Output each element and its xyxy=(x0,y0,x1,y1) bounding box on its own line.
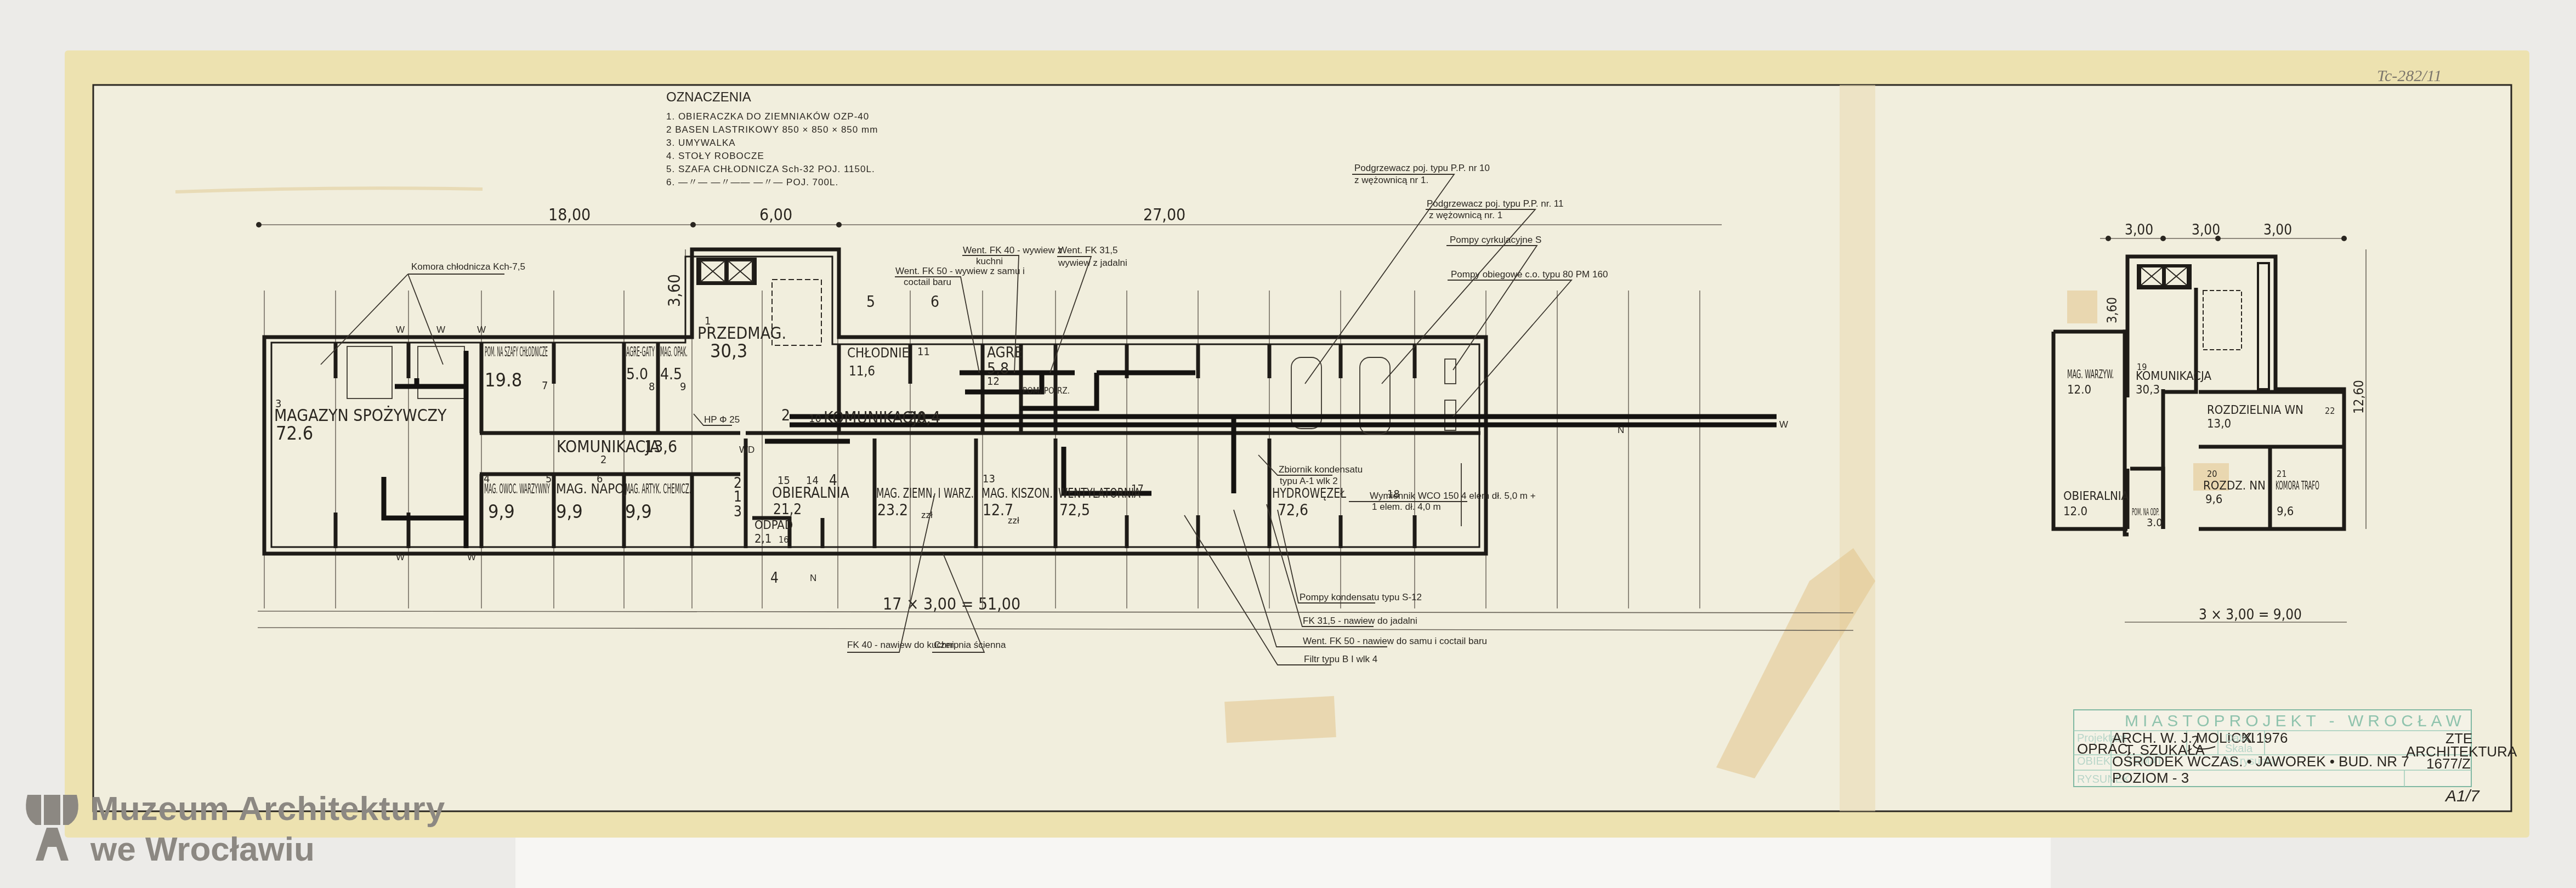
room-name: OBIERALNIA xyxy=(2063,489,2129,503)
annotation-fk50-out: Went. FK 50 - wywiew z samu i xyxy=(895,266,1025,276)
room-name: ODPAD xyxy=(754,519,793,532)
annotation-fk50-in: Went. FK 50 - nawiew do samu i coctail b… xyxy=(1303,636,1487,646)
marker-2: 2 xyxy=(781,406,790,424)
room-number: 9 xyxy=(680,380,686,393)
marker-5: 5 xyxy=(866,293,875,311)
legend-item: 1. OBIERACZKA DO ZIEMNIAKÓW OZP-40 xyxy=(666,111,869,122)
title-block-office: MIASTOPROJEKT - WROCŁAW xyxy=(2125,712,2466,730)
room-area: 20,4 xyxy=(907,408,940,428)
room-area: 9,9 xyxy=(625,501,652,523)
room-name: KOMORA TRAFO xyxy=(2276,479,2319,493)
room-number: 13 xyxy=(983,472,995,485)
annex-dim-top-3: 3,00 xyxy=(2263,222,2292,238)
room-area: 5.0 xyxy=(626,365,648,383)
annex-dim-right: 12,60 xyxy=(2351,380,2367,414)
room-name: MAG. ARTYK. CHEMICZ. xyxy=(625,481,691,497)
room-number: 10 xyxy=(809,412,821,425)
room-name: POM. NA SZAFY CHŁODNICZE xyxy=(485,344,548,360)
room-number: 8 xyxy=(649,380,655,393)
annotation-fk315-in: FK 31,5 - nawiew do jadalni xyxy=(1303,616,1417,626)
room-area: 9,6 xyxy=(2205,493,2222,506)
room-area: 12.0 xyxy=(2063,505,2087,519)
marker-w: W xyxy=(396,552,405,562)
room-name: POM. PO-RZ. xyxy=(1023,386,1070,396)
annotation-zzl: zzł xyxy=(1008,515,1019,526)
room-number: 21 xyxy=(2277,469,2286,479)
room-name: HYDROWĘZEŁ xyxy=(1272,485,1346,501)
marker-w: W xyxy=(477,325,486,335)
annotation-fk315-out: wywiew z jadalni xyxy=(1058,258,1127,268)
room-name: AGRE xyxy=(987,345,1023,361)
marker-w: W xyxy=(396,325,405,335)
room-area: 13,6 xyxy=(644,437,677,457)
room-name: MAG. KISZON. xyxy=(981,485,1053,501)
room-area: 3.0 xyxy=(2147,516,2163,529)
room-number: 12 xyxy=(987,374,1000,388)
legend-title: OZNACZENIA xyxy=(666,90,751,105)
project-number: 1677/Z xyxy=(2426,755,2471,772)
dim-top-1: 18,00 xyxy=(548,206,591,225)
room-area: 9,6 xyxy=(2277,505,2294,519)
room-area: 9,9 xyxy=(556,501,583,523)
room-name: OBIERALNIA xyxy=(772,485,849,502)
room-number: 5 xyxy=(546,472,552,485)
marker-w: W xyxy=(1779,419,1788,430)
annex-dim-left: 3,60 xyxy=(2104,297,2120,323)
annotation-fk40-out: Went. FK 40 - wywiew z xyxy=(963,245,1062,255)
architectural-drawing-sheet: Tc-282/11 OZNACZENIA 1. OBIERACZKA DO ZI… xyxy=(0,0,2576,888)
room-area: 9,9 xyxy=(488,501,515,523)
watermark-line-2: we Wrocławiu xyxy=(90,833,445,867)
room-area: 30,3 xyxy=(710,340,747,362)
annotation-fk40-out: kuchni xyxy=(976,256,1003,266)
annotation-zzl: zzł xyxy=(921,510,933,520)
legend-item: 2 BASEN LASTRIKOWY 850 × 850 × 850 mm xyxy=(666,124,878,135)
marker-n: N xyxy=(1618,425,1624,435)
room-number: 22 xyxy=(2325,406,2335,416)
annotation-wd: WD xyxy=(739,445,754,455)
marker-1: 1 xyxy=(734,489,742,505)
room-number: 2 xyxy=(600,453,606,466)
marker-3: 3 xyxy=(734,504,742,520)
dim-top-2: 6,00 xyxy=(759,206,792,225)
room-number: 11 xyxy=(917,345,930,358)
marker-4: 4 xyxy=(829,473,837,489)
annotation-pp10: Podgrzewacz poj. typu P.P. nr 10 xyxy=(1354,163,1490,173)
room-name: MAG. ZIEMN. I WARZ. xyxy=(876,485,974,501)
room-number: 16 xyxy=(779,534,788,545)
room-area: 23.2 xyxy=(877,501,908,519)
annotation-wymiennik: Wymiennik WCO 150 4 elem dł. 5,0 m + xyxy=(1370,491,1536,501)
legend-item: 3. UMYWALKA xyxy=(666,138,736,148)
marker-4: 4 xyxy=(770,570,779,587)
annotation-pompy-cyrk: Pompy cyrkulacyjne S xyxy=(1450,235,1541,245)
room-area: 72.6 xyxy=(276,423,313,445)
annotation-zbiornik: Zbiornik kondensatu xyxy=(1279,464,1363,475)
marker-n: N xyxy=(810,573,816,583)
dim-top-3: 27,00 xyxy=(1143,206,1185,225)
marker-w: W xyxy=(436,325,445,335)
room-area: 4.5 xyxy=(660,365,682,383)
museum-logo-icon xyxy=(16,792,88,863)
annotation-pp10: z wężownicą nr 1. xyxy=(1354,175,1428,185)
room-area: 19.8 xyxy=(485,369,522,391)
legend-item: 4. STOŁY ROBOCZE xyxy=(666,151,764,161)
room-name: AGRE-GATY xyxy=(626,344,655,360)
room-name: MAG. OPAK. xyxy=(660,344,688,360)
annotation-wymiennik: 1 elem. dł. 4,0 m xyxy=(1372,502,1441,512)
room-area: 72,6 xyxy=(1278,501,1308,519)
marker-w: W xyxy=(467,552,476,562)
annotation-hp: HP Φ 25 xyxy=(704,414,740,425)
museum-watermark: Muzeum Architektury we Wrocławiu xyxy=(16,792,445,867)
annotation-pp11: Podgrzewacz poj. typu P.P. nr. 11 xyxy=(1427,198,1564,209)
room-name: ROZDZIELNIA WN xyxy=(2207,403,2303,417)
annotation-filtr: Filtr typu B I wlk 4 xyxy=(1304,654,1377,664)
object-name: OŚRODEK WCZAS. • JAWOREK • BUD. NR 7 xyxy=(2112,753,2409,770)
room-number: 14 xyxy=(806,474,819,487)
dim-stair-height: 3,60 xyxy=(665,274,684,307)
archive-reference: Tc-282/11 xyxy=(2377,67,2442,85)
room-number: 7 xyxy=(542,379,548,392)
room-area: 13,0 xyxy=(2207,417,2231,431)
watermark-line-1: Muzeum Architektury xyxy=(90,792,445,826)
room-number: 6 xyxy=(597,472,603,485)
sheet-number: A1/7 xyxy=(2444,787,2480,805)
room-name: KOMUNIKACJA xyxy=(2136,369,2212,383)
room-area: 21,2 xyxy=(773,502,802,518)
room-name: MAG. WARZYW. xyxy=(2067,368,2114,382)
room-area: 30,3 xyxy=(2136,383,2160,397)
annotation-pompy-obieg: Pompy obiegowe c.o. typu 80 PM 160 xyxy=(1451,269,1608,280)
annotation-zbiornik: typu A-1 wlk 2 xyxy=(1280,476,1338,486)
annotation-pompy-kond: Pompy kondensatu typu S-12 xyxy=(1300,592,1422,602)
room-number: 20 xyxy=(2207,469,2217,479)
room-area: 11,6 xyxy=(849,363,875,379)
annotation-komora: Komora chłodnicza Kch-7,5 xyxy=(411,261,525,272)
drawing-name: POZIOM - 3 xyxy=(2112,770,2189,786)
room-name: CHŁODNIE xyxy=(847,345,909,361)
room-name: ROZDZ. NN xyxy=(2203,479,2266,493)
room-name: WENTYLATORNIA xyxy=(1058,485,1141,501)
annotation-fk50-out: coctail baru xyxy=(904,277,951,287)
room-name: MAG. NAPOJ. xyxy=(556,481,632,497)
annex-dim-top-2: 3,00 xyxy=(2192,222,2220,238)
annotation-czerpnia: Czerpnia ścienna xyxy=(934,640,1006,650)
room-name: MAG. OWOC. WARZYWNY xyxy=(484,481,550,497)
annex-dim-bottom: 3 × 3,00 = 9,00 xyxy=(2199,607,2302,623)
legend-item: 6. —〃— —〃—— —〃— POJ. 700L. xyxy=(666,177,838,187)
annex-dim-top-1: 3,00 xyxy=(2125,222,2153,238)
legend-item: 5. SZAFA CHŁODNICZA Sch-32 POJ. 1150L. xyxy=(666,164,875,174)
room-area: 2,1 xyxy=(754,532,771,546)
dim-bottom-total: 17 × 3,00 = 51,00 xyxy=(883,595,1020,614)
room-area: 12.0 xyxy=(2067,383,2091,397)
annotation-fk315-out: Went. FK 31,5 xyxy=(1058,245,1117,255)
marker-6: 6 xyxy=(930,293,939,311)
annotation-pp11: z wężownicą nr. 1 xyxy=(1429,210,1502,220)
room-area: 72,5 xyxy=(1059,501,1090,519)
